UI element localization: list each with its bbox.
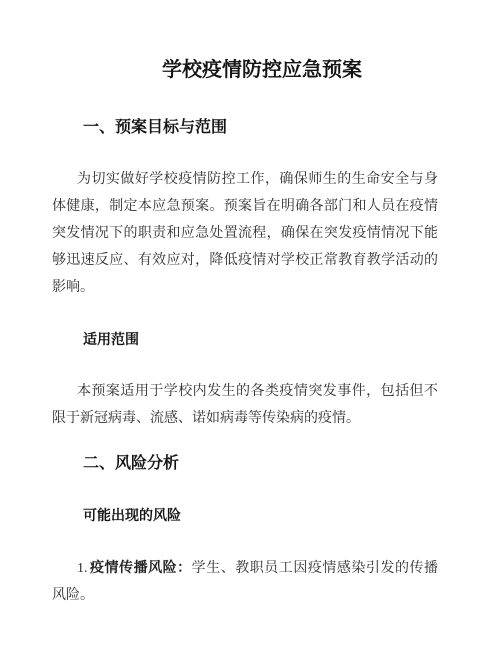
document-page: 学校疫情防控应急预案 一、预案目标与范围 为切实做好学校疫情防控工作，确保师生的… [0,0,500,647]
risk-item-1: 1.疫情传播风险：学生、教职员工因疫情感染引发的传播风险。 [52,555,438,609]
section-2-heading: 二、风险分析 [52,454,438,474]
risks-subheading: 可能出现的风险 [52,506,438,524]
document-title: 学校疫情防控应急预案 [52,58,438,83]
risk-item-label: 疫情传播风险： [90,561,192,576]
scope-paragraph: 本预案适用于学校内发生的各类疫情突发事件，包括但不限于新冠病毒、流感、诺如病毒等… [52,378,438,432]
objective-paragraph: 为切实做好学校疫情防控工作，确保师生的生命安全与身体健康，制定本应急预案。预案旨… [52,166,438,301]
section-1-heading: 一、预案目标与范围 [52,118,438,138]
scope-subheading: 适用范围 [52,330,438,348]
risk-item-number: 1. [77,561,88,576]
